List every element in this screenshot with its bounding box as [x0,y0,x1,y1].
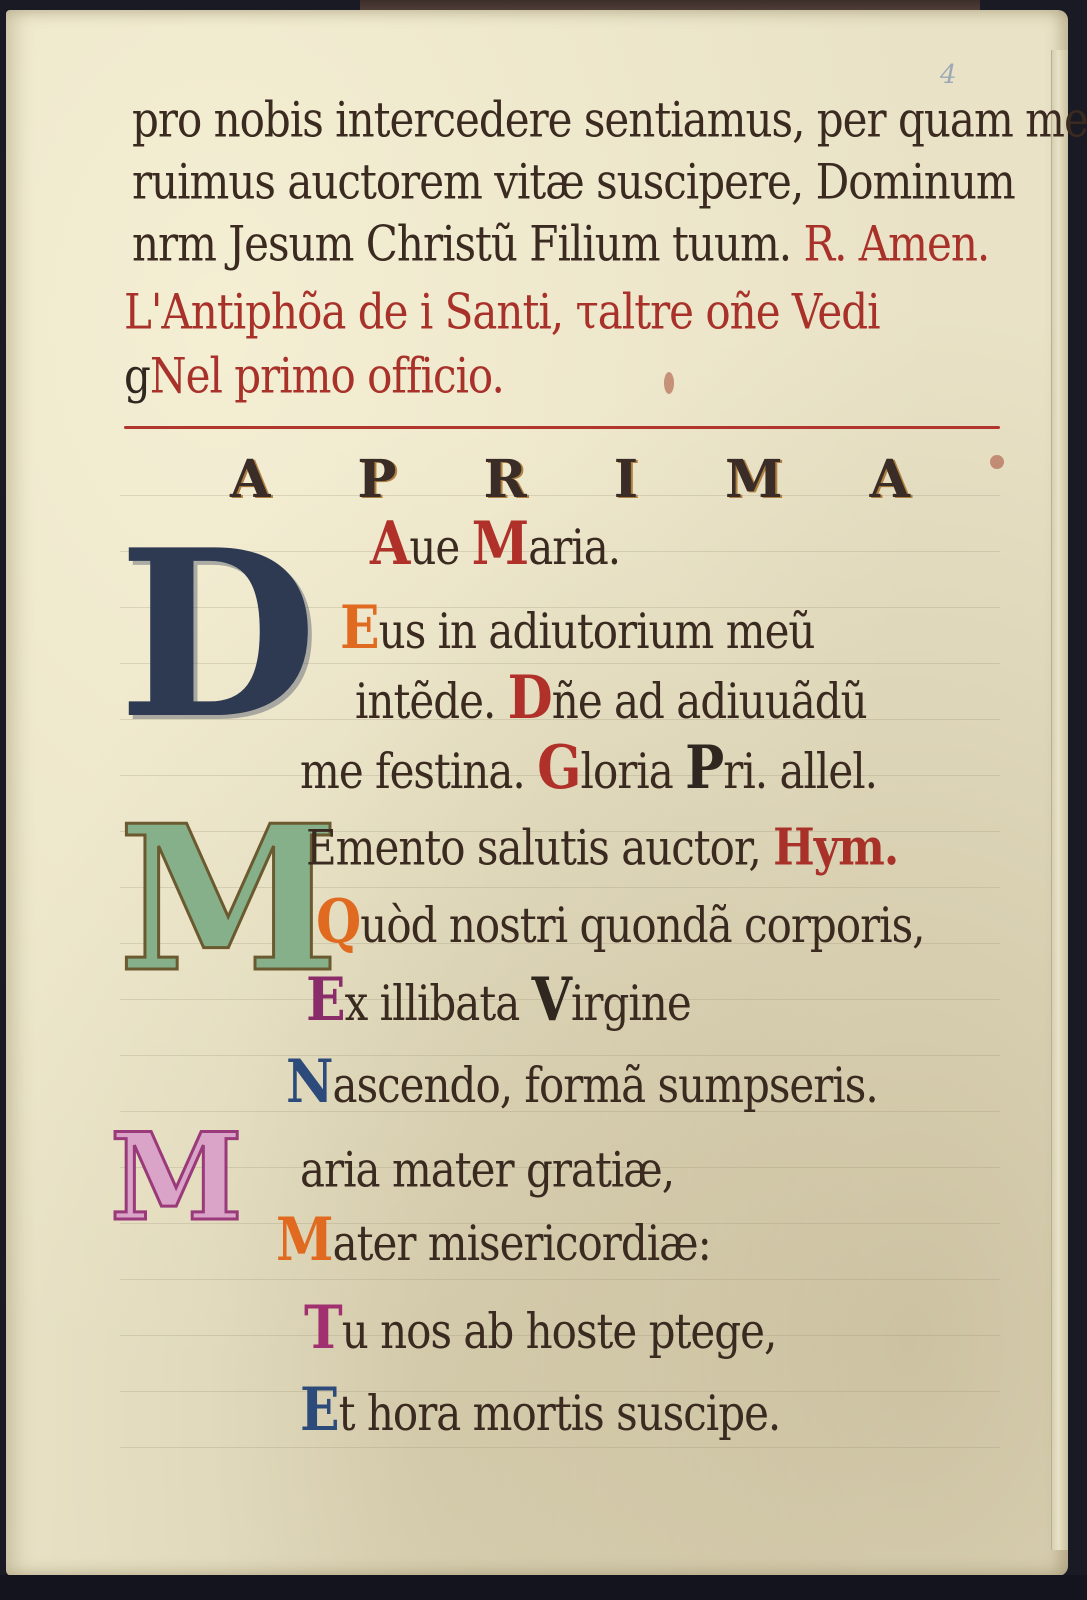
heading-letter: I [614,450,638,510]
hymn-line-4-text: ascendo, formã sumpseris. [333,1057,878,1113]
hymn-initial-e: E [306,965,345,1035]
rubric-line-2-text: Nel primo officio. [150,347,504,403]
versicle-line-1-text: us in adiutorium meũ [379,603,815,659]
hymn-initial-q: Q [316,887,360,957]
versicle-initial-e: E [340,593,379,663]
page-edge [1051,50,1068,1550]
versicle-line-2: intẽde. Dñe ad adiuuãdũ [355,666,867,734]
ink-stain [990,455,1004,469]
hymn-rubric: Hym. [773,818,898,877]
heading-letter: R [483,450,526,510]
ave-text: ue [409,519,471,575]
marian-line-4-text: t hora mortis suscipe. [339,1385,781,1441]
versicle-line-2-text-a: intẽde. [355,673,508,729]
ave-maria-line: Aue Maria. [370,512,620,580]
marian-line-4: Et hora mortis suscipe. [300,1378,780,1446]
illuminated-initial-d: D [118,520,297,750]
hymn-line-3-text-b: irgine [571,975,691,1031]
versicle-line-3-text-b: loria [581,743,686,799]
marian-line-3-text: u nos ab hoste ptege, [342,1303,777,1359]
hymn-line-1: Emento salutis auctor, Hym. [306,816,898,880]
hymn-line-4: Nascendo, formã sumpseris. [286,1050,878,1118]
maria-initial: M [472,509,529,579]
tu-initial: T [304,1293,342,1363]
prayer-line-3-text: nrm Jesum Christũ Filium tuum. [132,215,803,271]
patri-initial: P [685,733,723,803]
folio-number: 4 [940,60,957,90]
marian-line-1: aria mater gratiæ, [300,1138,674,1202]
marian-line-2: Mater misericordiæ: [276,1208,711,1276]
rubric-line-1: L'Antiphõa de i Santi, τaltre oñe Vedi [124,280,880,344]
hymn-initial-n: N [286,1047,333,1117]
ink-stain [664,372,674,394]
versicle-line-3: me festina. Gloria Pri. allel. [300,736,877,804]
hymn-line-2: Quòd nostri quondã corporis, [316,890,925,958]
prayer-line-1: pro nobis intercedere sentiamus, per qua… [132,88,1087,152]
hymn-line-3-text-a: x illibata [345,975,532,1031]
mater-initial: M [276,1205,333,1275]
heading-letter: P [357,450,396,510]
marian-line-2-text: ater misericordiæ: [333,1215,711,1271]
gloria-initial: G [537,733,580,803]
versicle-line-3-text-c: ri. allel. [723,743,877,799]
red-rule-divider [124,426,1000,429]
illuminated-initial-m-magenta: M [110,1118,243,1238]
background-surface [0,1575,1087,1600]
domine-initial: D [508,663,552,733]
versicle-line-2-text-b: ñe ad adiuuãdũ [552,673,867,729]
heading-letter: M [725,450,783,510]
rubric-line-2: gNel primo officio. [124,344,504,408]
response-amen: R. Amen. [803,215,989,271]
prayer-line-3: nrm Jesum Christũ Filium tuum. R. Amen. [132,212,989,276]
hymn-line-3: Ex illibata Virgine [306,968,691,1036]
versicle-line-1: Eus in adiutorium meũ [340,596,814,664]
prayer-line-2: ruimus auctorem vitæ suscipere, Dominum [132,150,1015,214]
marian-line-3: Tu nos ab hoste ptege, [304,1296,776,1364]
maria-text: aria. [528,519,620,575]
rubric-catchword: g [124,347,150,403]
section-heading-a-prima: A P R I M A [230,450,910,510]
et-initial: E [300,1375,339,1445]
ave-initial: A [370,509,409,579]
hymn-line-2-text: uòd nostri quondã corporis, [360,897,924,953]
virgine-initial: V [532,965,571,1035]
heading-letter: A [870,450,910,510]
hymn-line-1-text: Emento salutis auctor, [306,819,773,875]
